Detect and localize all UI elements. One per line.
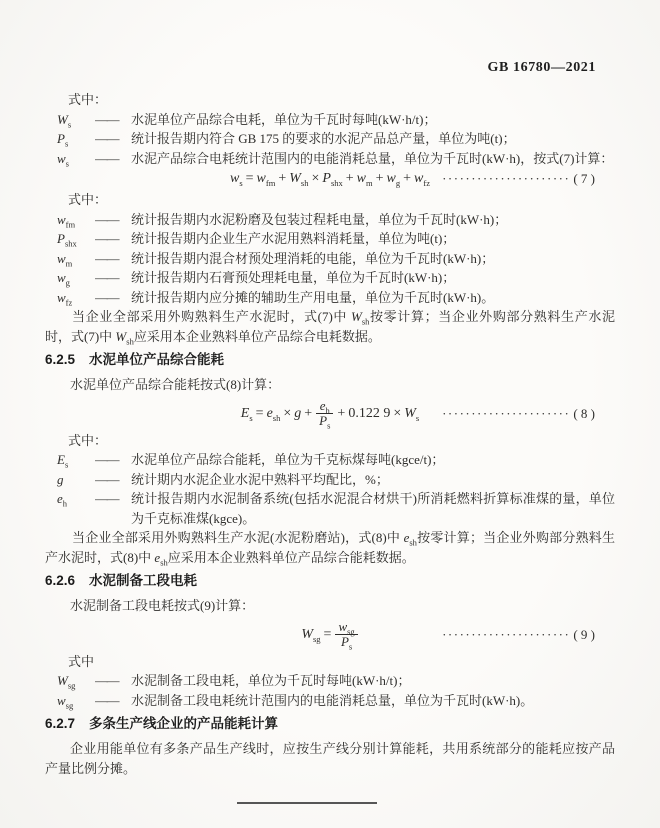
section-number: 6.2.7 — [45, 716, 75, 731]
symbol-base: P — [319, 413, 327, 428]
equation-reference: ······················( 9 ) — [442, 618, 595, 652]
section-title: 水泥单位产品综合能耗 — [89, 352, 224, 367]
symbol-subscript: sh — [301, 178, 309, 188]
symbol-base: w — [257, 171, 266, 186]
symbol-subscript: shx — [65, 239, 77, 249]
symbol-subscript: g — [66, 278, 70, 288]
text-segment: 当企业全部采用外购熟料生产水泥时，式(7)中 — [72, 309, 351, 324]
symbol-base: P — [57, 231, 65, 246]
symbol: wg — [45, 268, 95, 288]
symbol-subscript: s — [349, 641, 352, 651]
symbol-subscript: shx — [331, 178, 343, 188]
symbol-subscript: g — [396, 178, 400, 188]
where-label: 式中 — [45, 652, 615, 672]
symbol-base: W — [57, 112, 68, 127]
symbol-subscript: s — [416, 412, 419, 422]
symbol: Es — [45, 450, 95, 470]
symbol-base: w — [387, 171, 396, 186]
definition-row: eh —— 统计报告期内水泥制备系统(包括水泥混合材烘干)所消耗燃料折算标准煤的… — [45, 489, 615, 528]
definition-row: wg —— 统计报告期内石膏预处理耗电量，单位为千瓦时(kW·h)； — [45, 268, 615, 288]
symbol: Ps — [45, 129, 95, 149]
paragraph-6-2-7: 企业用能单位有多条产品生产线时，应按生产线分别计算能耗，共用系统部分的能耗应按产… — [45, 739, 615, 778]
dash: —— — [95, 110, 131, 130]
end-of-text-divider — [237, 802, 377, 804]
definition-list-c: Es —— 水泥单位产品综合能耗，单位为千克标煤每吨(kgce/t)； g ——… — [45, 450, 615, 528]
symbol: wfz — [45, 288, 95, 308]
symbol-base: w — [338, 619, 347, 634]
symbol-base: w — [57, 151, 66, 166]
symbol: wm — [45, 249, 95, 269]
equation-number: ( 7 ) — [573, 168, 595, 190]
equation-reference: ······················( 8 ) — [442, 397, 595, 431]
formula-9-body: Wsg=wsgPs — [301, 627, 358, 642]
dash: —— — [95, 671, 131, 691]
symbol-subscript: sg — [313, 633, 321, 643]
section-heading-6-2-7: 6.2.7多条生产线企业的产品能耗计算 — [45, 716, 615, 731]
definition-list-d: Wsg —— 水泥制备工段电耗，单位为千瓦时每吨(kW·h/t)； wsg ——… — [45, 671, 615, 710]
symbol-description: 水泥制备工段电耗，单位为千瓦时每吨(kW·h/t)； — [131, 671, 615, 691]
dash: —— — [95, 268, 131, 288]
symbol-base: w — [414, 171, 423, 186]
symbol-description: 水泥单位产品综合能耗，单位为千克标煤每吨(kgce/t)； — [131, 450, 615, 470]
formula-8: Es=esh×g+ehPs+0.122 9×Ws ···············… — [45, 397, 615, 431]
inline-symbol: W — [351, 309, 362, 324]
symbol-base: P — [341, 634, 349, 649]
header-standard-number: GB 16780—2021 — [487, 60, 596, 76]
symbol-subscript: m — [366, 178, 373, 188]
symbol-subscript: sg — [66, 700, 74, 710]
symbol-subscript: sh — [160, 557, 168, 567]
dot-leader: ······················ — [442, 168, 570, 190]
symbol-description: 统计报告期内混合材预处理消耗的电能，单位为千瓦时(kW·h)； — [131, 249, 615, 269]
paragraph-formula7-note: 当企业全部采用外购熟料生产水泥时，式(7)中 Wsh按零计算；当企业外购部分熟料… — [45, 307, 615, 346]
document-body: 式中： Ws —— 水泥单位产品综合电耗，单位为千瓦时每吨(kW·h/t)； P… — [45, 88, 615, 804]
symbol-description: 统计报告期内石膏预处理耗电量，单位为千瓦时(kW·h)； — [131, 268, 615, 288]
symbol-base: g — [294, 406, 301, 421]
formula-7: ws=wfm+Wsh×Pshx+wm+wg+wfz ··············… — [45, 168, 615, 190]
symbol-subscript: sg — [68, 681, 76, 691]
equation-number: ( 8 ) — [573, 397, 595, 431]
symbol-subscript: s — [327, 420, 330, 430]
dash: —— — [95, 489, 131, 528]
operator: = — [256, 406, 264, 421]
operator: + — [337, 406, 345, 421]
section-title: 水泥制备工段电耗 — [89, 573, 197, 588]
symbol-subscript: m — [66, 258, 73, 268]
operator: + — [376, 171, 384, 186]
operator: × — [393, 406, 401, 421]
section-title: 多条生产线企业的产品能耗计算 — [89, 716, 278, 731]
fraction-denominator: Ps — [316, 413, 333, 428]
section-number: 6.2.5 — [45, 352, 75, 367]
symbol-subscript: s — [66, 158, 69, 168]
operator: × — [283, 406, 291, 421]
symbol-subscript: s — [239, 178, 242, 188]
dash: —— — [95, 691, 131, 711]
lead-paragraph-formula8: 水泥单位产品综合能耗按式(8)计算： — [45, 375, 615, 395]
symbol-subscript: s — [68, 119, 71, 129]
symbol-base: w — [57, 251, 66, 266]
lead-paragraph-formula9: 水泥制备工段电耗按式(9)计算： — [45, 596, 615, 616]
definition-row: Ws —— 水泥单位产品综合电耗，单位为千瓦时每吨(kW·h/t)； — [45, 110, 615, 130]
symbol-base: E — [57, 452, 65, 467]
paragraph-formula8-note: 当企业全部采用外购熟料生产水泥(水泥粉磨站)，式(8)中 esh按零计算；当企业… — [45, 528, 615, 567]
definition-row: Wsg —— 水泥制备工段电耗，单位为千瓦时每吨(kW·h/t)； — [45, 671, 615, 691]
operator: = — [246, 171, 254, 186]
definition-row: wsg —— 水泥制备工段电耗统计范围内的电能消耗总量，单位为千瓦时(kW·h)… — [45, 691, 615, 711]
symbol-description: 统计报告期内水泥粉磨及包装过程耗电量，单位为千瓦时(kW·h)； — [131, 210, 615, 230]
section-number: 6.2.6 — [45, 573, 75, 588]
text-segment: 应采用本企业熟料单位产品综合能耗数据。 — [168, 550, 415, 565]
symbol-subscript: fz — [66, 297, 73, 307]
symbol: ws — [45, 149, 95, 169]
fraction: wsgPs — [335, 620, 357, 649]
symbol: g — [45, 470, 95, 490]
symbol-base: w — [57, 212, 66, 227]
symbol: Ws — [45, 110, 95, 130]
symbol-base: w — [357, 171, 366, 186]
dash: —— — [95, 229, 131, 249]
symbol-base: w — [57, 290, 66, 305]
symbol-base: W — [289, 171, 301, 186]
symbol-description: 统计报告期内应分摊的辅助生产用电量，单位为千瓦时(kW·h)。 — [131, 288, 615, 308]
symbol-description: 统计报告期内符合 GB 175 的要求的水泥产品总产量，单位为吨(t)； — [131, 129, 615, 149]
fraction-numerator: eh — [316, 399, 333, 413]
definition-row: wfm —— 统计报告期内水泥粉磨及包装过程耗电量，单位为千瓦时(kW·h)； — [45, 210, 615, 230]
dash: —— — [95, 450, 131, 470]
symbol-base: W — [57, 673, 68, 688]
operator: + — [304, 406, 312, 421]
text-segment: 应采用本企业熟料单位产品综合电耗数据。 — [134, 329, 381, 344]
symbol-description: 统计期内水泥企业水泥中熟料平均配比，%； — [131, 470, 615, 490]
where-label: 式中： — [45, 190, 615, 210]
definition-row: ws —— 水泥产品综合电耗统计范围内的电能消耗总量，单位为千瓦时(kW·h)，… — [45, 149, 615, 169]
operator: + — [346, 171, 354, 186]
symbol-base: P — [322, 171, 331, 186]
fraction-numerator: wsg — [335, 620, 357, 634]
symbol-subscript: h — [63, 499, 67, 509]
fraction: ehPs — [316, 399, 333, 428]
equation-reference: ······················( 7 ) — [442, 168, 595, 190]
symbol-base: W — [301, 627, 313, 642]
where-label: 式中： — [45, 431, 615, 451]
definition-list-a: Ws —— 水泥单位产品综合电耗，单位为千瓦时每吨(kW·h/t)； Ps ——… — [45, 110, 615, 169]
formula-7-body: ws=wfm+Wsh×Pshx+wm+wg+wfz — [230, 171, 430, 186]
dash: —— — [95, 129, 131, 149]
operator: × — [311, 171, 319, 186]
dash: —— — [95, 288, 131, 308]
dash: —— — [95, 249, 131, 269]
definition-row: Ps —— 统计报告期内符合 GB 175 的要求的水泥产品总产量，单位为吨(t… — [45, 129, 615, 149]
operator: = — [324, 627, 332, 642]
inline-symbol: W — [115, 329, 126, 344]
symbol-subscript: s — [65, 460, 68, 470]
symbol-description: 水泥单位产品综合电耗，单位为千瓦时每吨(kW·h/t)； — [131, 110, 615, 130]
symbol: eh — [45, 489, 95, 528]
definition-row: Es —— 水泥单位产品综合能耗，单位为千克标煤每吨(kgce/t)； — [45, 450, 615, 470]
symbol-base: w — [57, 693, 66, 708]
symbol-subscript: s — [65, 139, 68, 149]
symbol-subscript: fm — [66, 219, 75, 229]
definition-row: g —— 统计期内水泥企业水泥中熟料平均配比，%； — [45, 470, 615, 490]
symbol: wsg — [45, 691, 95, 711]
symbol-base: g — [57, 472, 64, 487]
definition-list-b: wfm —— 统计报告期内水泥粉磨及包装过程耗电量，单位为千瓦时(kW·h)； … — [45, 210, 615, 308]
operator: + — [278, 171, 286, 186]
section-heading-6-2-6: 6.2.6水泥制备工段电耗 — [45, 573, 615, 588]
symbol-description: 水泥产品综合电耗统计范围内的电能消耗总量，单位为千瓦时(kW·h)，按式(7)计… — [131, 149, 615, 169]
symbol-description: 水泥制备工段电耗统计范围内的电能消耗总量，单位为千瓦时(kW·h)。 — [131, 691, 615, 711]
constant-value: 0.122 9 — [348, 406, 390, 421]
symbol-subscript: sh — [273, 412, 281, 422]
dash: —— — [95, 149, 131, 169]
symbol-base: P — [57, 131, 65, 146]
dot-leader: ······················ — [442, 618, 570, 652]
symbol-base: w — [57, 270, 66, 285]
symbol-subscript: fz — [423, 178, 430, 188]
definition-row: wfz —— 统计报告期内应分摊的辅助生产用电量，单位为千瓦时(kW·h)。 — [45, 288, 615, 308]
formula-9: Wsg=wsgPs ······················( 9 ) — [45, 618, 615, 652]
document-page: GB 16780—2021 式中： Ws —— 水泥单位产品综合电耗，单位为千瓦… — [0, 0, 660, 828]
symbol: Wsg — [45, 671, 95, 691]
symbol-description: 统计报告期内企业生产水泥用熟料消耗量，单位为吨(t)； — [131, 229, 615, 249]
symbol-subscript: fm — [266, 178, 275, 188]
definition-row: Pshx —— 统计报告期内企业生产水泥用熟料消耗量，单位为吨(t)； — [45, 229, 615, 249]
symbol-base: W — [404, 406, 416, 421]
formula-8-body: Es=esh×g+ehPs+0.122 9×Ws — [241, 406, 419, 421]
symbol-subscript: sh — [126, 336, 134, 346]
section-heading-6-2-5: 6.2.5水泥单位产品综合能耗 — [45, 352, 615, 367]
symbol-subscript: s — [249, 412, 252, 422]
symbol-base: w — [230, 171, 239, 186]
definition-row: wm —— 统计报告期内混合材预处理消耗的电能，单位为千瓦时(kW·h)； — [45, 249, 615, 269]
dash: —— — [95, 470, 131, 490]
equation-number: ( 9 ) — [573, 618, 595, 652]
symbol: Pshx — [45, 229, 95, 249]
symbol-subscript: sh — [409, 538, 417, 548]
operator: + — [403, 171, 411, 186]
symbol-description: 统计报告期内水泥制备系统(包括水泥混合材烘干)所消耗燃料折算标准煤的量，单位为千… — [131, 489, 615, 528]
where-label: 式中： — [45, 90, 615, 110]
dash: —— — [95, 210, 131, 230]
dot-leader: ······················ — [442, 397, 570, 431]
text-segment: 当企业全部采用外购熟料生产水泥(水泥粉磨站)，式(8)中 — [72, 530, 404, 545]
symbol: wfm — [45, 210, 95, 230]
